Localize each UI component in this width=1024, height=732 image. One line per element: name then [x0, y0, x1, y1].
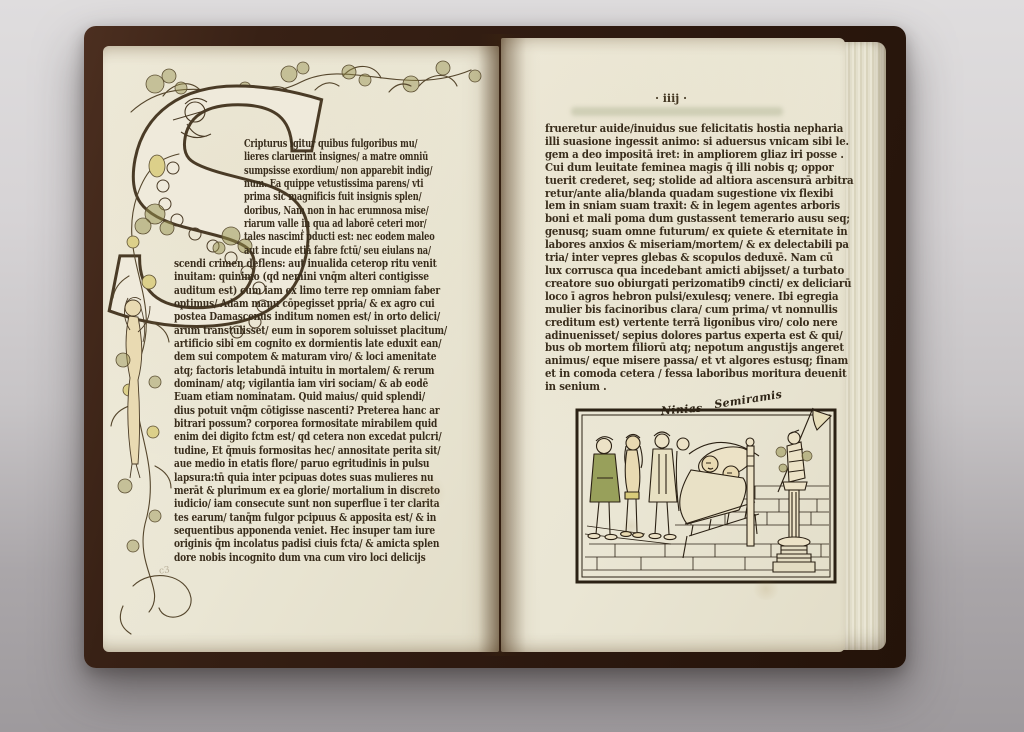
text-line: dem sui compotem & maturam viro/ & loci … [174, 350, 447, 363]
text-line: Cripturus igitur quibus fulgoribus mu/ [244, 137, 435, 150]
text-line: tales nascimḟ pducti est: nec eodem male… [244, 230, 435, 243]
text-line: merāt & plurimum ex ea glorie/ mortalium… [174, 484, 447, 497]
text-line: doribus, Nam non in hac erumnosa mise/ [244, 204, 435, 217]
text-line: atq; factoris letabundā intuitu in morta… [174, 364, 447, 377]
text-line: tudine, Et q̄muis formositas hec/ annosi… [174, 444, 447, 457]
text-line: enim dei digito fctm est/ qd cetera non … [174, 430, 447, 443]
right-page: · iiij · frueretur auide/inuidus sue fel… [501, 38, 845, 652]
text-line: sequentibus apponenda veniet. Hec insupe… [174, 524, 447, 537]
text-line: auditum est) cum iam ex limo terre rep o… [174, 284, 447, 297]
photograph-of-open-incunable-book: S [0, 0, 1024, 732]
text-line: sumpsisse exordium/ non apparebit indig/ [244, 164, 435, 177]
text-line: bitrari possum? corporea formositate mir… [174, 417, 447, 430]
text-line: Euam etiam nominatam. Quid maius/ quid s… [174, 390, 447, 403]
text-line: originis q̄m incolatus padisi ciuis fcta… [174, 537, 447, 550]
text-line: lapsura:tn̄ quia inter pcipuas dotes sua… [174, 471, 447, 484]
text-line: prima sic magnificis fuit insignis splen… [244, 190, 435, 203]
text-line: tes earum/ tanq̄m fulgor pcipuus & appos… [174, 511, 447, 524]
text-line: postea Damascenus inditum nomen est/ in … [174, 310, 447, 323]
text-line: scendi crimen deflens: aut inualida cete… [174, 257, 447, 270]
text-line: dore nobis incognito dum vna cum viro lo… [174, 551, 447, 564]
text-line: arum transtulisset/ eum in soporem solui… [174, 324, 447, 337]
left-body-text-block: scendi crimen deflens: aut inualida cete… [174, 257, 524, 564]
folio-number: · iiij · [621, 92, 721, 105]
woodcut-illustration: Ninias Semiramis [575, 394, 837, 586]
quire-signature: c3 [158, 565, 170, 576]
gutter-shadow [478, 34, 526, 656]
text-line: dominam/ atq; vigilantia iam viri sociam… [174, 377, 447, 390]
text-line: dius potuit vnq̄m cōtigisse nascenti? Pr… [174, 404, 447, 417]
text-line: lieres claruerint insignes/ a matre omni… [244, 150, 435, 163]
text-line: in senium . [545, 380, 853, 393]
text-line: inuitam: quinimo (qd nemini vnq̄m alteri… [174, 270, 447, 283]
left-page: S [103, 46, 499, 652]
right-body-text-block: frueretur auide/inuidus sue felicitatis … [545, 122, 888, 393]
text-line: iudicio/ iam consecute sunt non superflu… [174, 497, 447, 510]
text-line: riarum valle in qua ad laborē ceteri mor… [244, 217, 435, 230]
bed-scene [680, 438, 759, 558]
statue-column [773, 408, 831, 572]
woodcut-drawing [575, 394, 837, 586]
standing-figures [588, 432, 689, 540]
text-line: optimus/ Adam manu cōpegisset ppria/ & e… [174, 297, 447, 310]
text-line: aue medio in etatis flore/ paruo egritud… [174, 457, 447, 470]
text-line: artificio sibi em cognito ex dormientis … [174, 337, 447, 350]
text-line: num. Ea quippe vetustissima parens/ vti [244, 177, 435, 190]
ink-showthrough [571, 107, 783, 116]
opening-text-block: Cripturus igitur quibus fulgoribus mu/li… [244, 137, 512, 257]
